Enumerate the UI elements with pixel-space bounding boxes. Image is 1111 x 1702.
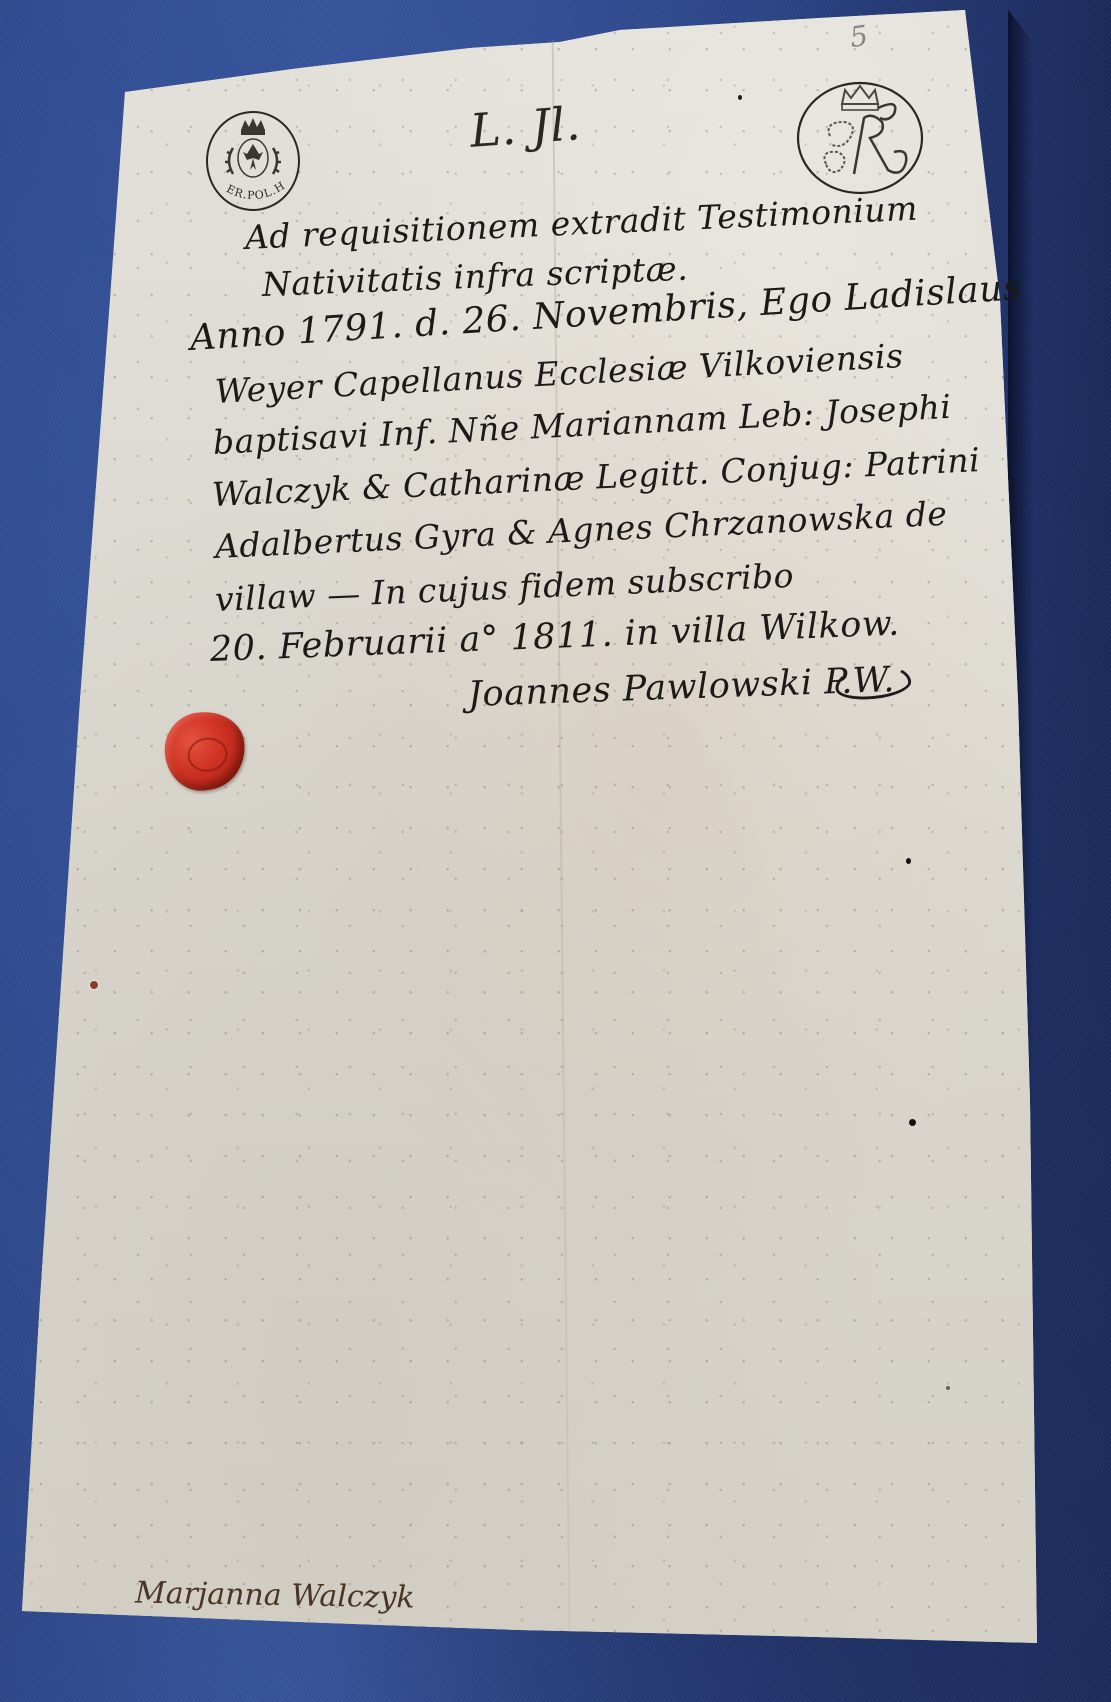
ink-dot	[906, 858, 911, 864]
red-mark	[90, 981, 98, 989]
bottom-signature: Marjanna Walczyk	[135, 1576, 415, 1616]
crowned-monogram-stamp-icon	[790, 78, 930, 198]
reference-mark: L. Jl.	[468, 96, 582, 158]
crowned-eagle-stamp-icon: ER.POL.H.	[203, 108, 303, 213]
ink-dot	[909, 1119, 916, 1126]
ink-dot	[946, 1386, 950, 1390]
ink-dot	[738, 95, 742, 100]
